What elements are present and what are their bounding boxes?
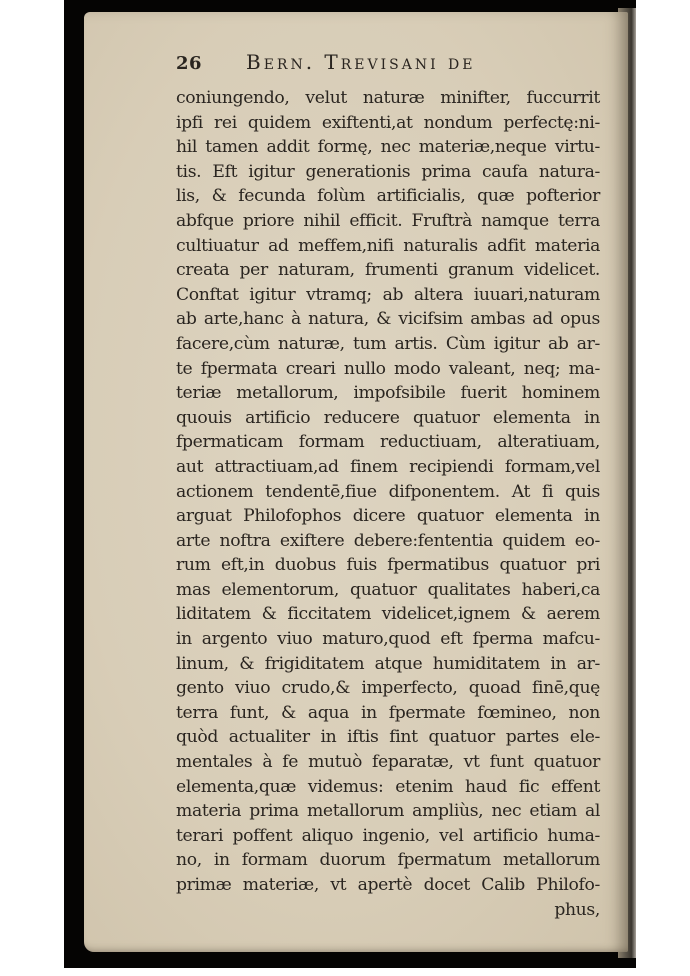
text-line: quòd actualiter in iftis fint quatuor pa… xyxy=(176,725,600,750)
body-text: coniungendo, velut naturæ minifter, fucc… xyxy=(176,86,600,922)
text-line: materia prima metallorum ampliùs, nec et… xyxy=(176,799,600,824)
text-line: fpermaticam formam reductiuam, alteratiu… xyxy=(176,430,600,455)
text-line: terra funt, & aqua in fpermate fœmineo, … xyxy=(176,701,600,726)
text-block: 26 Bern. Trevisani de coniungendo, velut… xyxy=(176,50,600,922)
text-line: mentales à fe mutuò feparatæ, vt funt qu… xyxy=(176,750,600,775)
running-head: 26 Bern. Trevisani de xyxy=(176,50,600,86)
text-line: hil tamen addit formę, nec materiæ,neque… xyxy=(176,135,600,160)
text-line: liditatem & ficcitatem videlicet,ignem &… xyxy=(176,602,600,627)
text-line: gento viuo crudo,& imperfecto, quoad fin… xyxy=(176,676,600,701)
text-line: terari poffent aliquo ingenio, vel artif… xyxy=(176,824,600,849)
text-line: no, in formam duorum fpermatum metalloru… xyxy=(176,848,600,873)
text-line: te fpermata creari nullo modo valeant, n… xyxy=(176,357,600,382)
text-line: ab arte,hanc à natura, & vicifsim ambas … xyxy=(176,307,600,332)
text-line: arguat Philofophos dicere quatuor elemen… xyxy=(176,504,600,529)
text-line: cultiuatur ad meffem,nifi naturalis adfi… xyxy=(176,234,600,259)
text-line: teriæ metallorum, impofsibile fuerit hom… xyxy=(176,381,600,406)
text-line: coniungendo, velut naturæ minifter, fucc… xyxy=(176,86,600,111)
text-line: mas elementorum, quatuor qualitates habe… xyxy=(176,578,600,603)
text-line: actionem tendentē,fiue difponentem. At f… xyxy=(176,480,600,505)
text-line: Conftat igitur vtramq; ab altera iuuari,… xyxy=(176,283,600,308)
text-line: lis, & fecunda folùm artificialis, quæ p… xyxy=(176,184,600,209)
text-line: rum eft,in duobus fuis fpermatibus quatu… xyxy=(176,553,600,578)
text-line: in argento viuo maturo,quod eft fperma m… xyxy=(176,627,600,652)
text-line: linum, & frigiditatem atque humiditatem … xyxy=(176,652,600,677)
text-line: abfque priore nihil efficit. Fruftrà nam… xyxy=(176,209,600,234)
text-line: tis. Eft igitur generationis prima caufa… xyxy=(176,160,600,185)
running-title: Bern. Trevisani de xyxy=(246,50,475,74)
text-line: arte noftra exiftere debere:fententia qu… xyxy=(176,529,600,554)
text-line: elementa,quæ videmus: etenim haud fic ef… xyxy=(176,775,600,800)
text-line: aut attractiuam,ad finem recipiendi form… xyxy=(176,455,600,480)
text-line: primæ materiæ, vt apertè docet Calib Phi… xyxy=(176,873,600,898)
text-line: facere,cùm naturæ, tum artis. Cùm igitur… xyxy=(176,332,600,357)
text-line: creata per naturam, frumenti granum vide… xyxy=(176,258,600,283)
text-line: quouis artificio reducere quatuor elemen… xyxy=(176,406,600,431)
page-number: 26 xyxy=(176,53,246,74)
catchword: phus, xyxy=(176,898,600,923)
text-line: ipfi rei quidem exiftenti,at nondum perf… xyxy=(176,111,600,136)
